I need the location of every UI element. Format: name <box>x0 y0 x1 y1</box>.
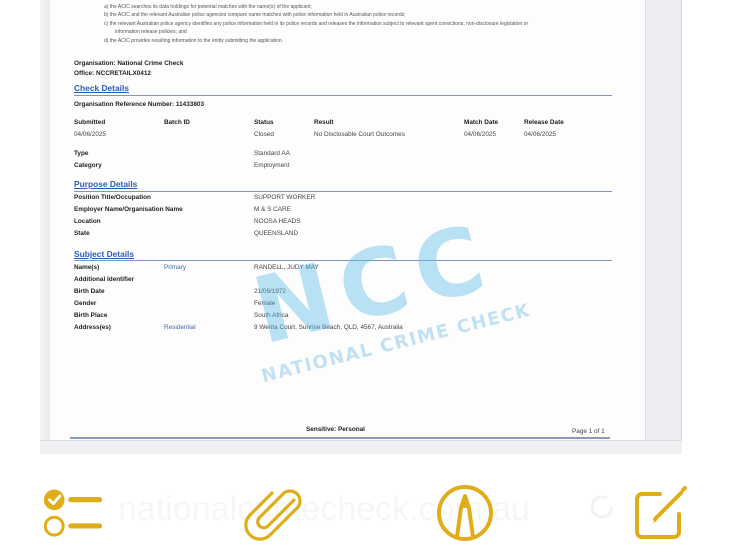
section-rule <box>74 260 612 261</box>
type-label: Type <box>74 151 88 157</box>
attachment-button[interactable] <box>244 482 306 544</box>
purpose-label: Position Title/Occupation <box>74 195 151 201</box>
subject-value: South Africa <box>254 313 288 319</box>
markup-pen-icon <box>434 482 496 544</box>
result-value: No Disclosable Court Outcomes <box>314 132 405 138</box>
purpose-value: SUPPORT WORKER <box>254 195 315 201</box>
section-rule <box>74 95 612 96</box>
checklist-icon <box>42 482 104 544</box>
col-batch-id: Batch ID <box>164 120 190 126</box>
col-match-date: Match Date <box>464 120 498 126</box>
ghost-reload-icon <box>585 490 619 524</box>
col-release-date: Release Date <box>524 120 564 126</box>
org-reference-number: Organisation Reference Number: 11433803 <box>74 102 204 108</box>
compose-icon <box>630 482 692 544</box>
subject-label: Additional Identifier <box>74 277 134 283</box>
document-viewer[interactable]: a) the ACIC searches its data holdings f… <box>0 0 730 470</box>
section-title-subject-details: Subject Details <box>74 250 134 258</box>
subject-value: 21/06/1972 <box>254 289 286 295</box>
page-bottom-strip <box>40 440 682 454</box>
intro-bullets: a) the ACIC searches its data holdings f… <box>88 0 608 48</box>
page-side-rail <box>646 0 682 440</box>
subject-label: Address(es) <box>74 325 111 331</box>
col-result: Result <box>314 120 334 126</box>
purpose-value: M & S CARE <box>254 207 291 213</box>
subject-label: Name(s) <box>74 265 99 271</box>
compose-button[interactable] <box>630 482 692 544</box>
category-value: Employment <box>254 163 290 169</box>
section-title-check-details: Check Details <box>74 84 129 92</box>
subject-qualifier: Primary <box>164 265 186 271</box>
markup-button[interactable] <box>434 482 496 544</box>
office-line: Office: NCCRETAILX0412 <box>74 71 151 77</box>
purpose-value: QUEENSLAND <box>254 231 298 237</box>
col-status: Status <box>254 120 274 126</box>
paperclip-icon <box>244 482 306 544</box>
section-rule <box>74 191 612 192</box>
purpose-label: Location <box>74 219 101 225</box>
footer-page-number: Page 1 of 1 <box>572 428 605 435</box>
subject-label: Birth Date <box>74 289 105 295</box>
subject-label: Gender <box>74 301 96 307</box>
col-submitted: Submitted <box>74 120 105 126</box>
checklist-button[interactable] <box>42 482 104 544</box>
release-date-value: 04/06/2025 <box>524 132 556 138</box>
watermark-text: NATIONAL CRIME CHECK <box>259 300 532 387</box>
subject-label: Birth Place <box>74 313 107 319</box>
type-value: Standard AA <box>254 151 290 157</box>
subject-qualifier: Residential <box>164 325 196 331</box>
footer-classification: Sensitive: Personal <box>306 426 365 433</box>
document-page: a) the ACIC searches its data holdings f… <box>50 0 646 440</box>
purpose-label: State <box>74 231 90 237</box>
submitted-value: 04/06/2025 <box>74 132 106 138</box>
purpose-value: NOOSA HEADS <box>254 219 301 225</box>
subject-value: 9 Werita Court, Sunrise Beach, QLD, 4567… <box>254 325 403 331</box>
organisation-line: Organisation: National Crime Check <box>74 61 183 67</box>
match-date-value: 04/06/2025 <box>464 132 496 138</box>
footer-rule <box>70 437 610 439</box>
subject-value: Female <box>254 301 275 307</box>
section-title-purpose-details: Purpose Details <box>74 180 137 188</box>
viewer-edge <box>40 0 50 452</box>
purpose-label: Employer Name/Organisation Name <box>74 207 183 213</box>
bullet-line: d) the ACIC provides resulting informati… <box>88 39 608 48</box>
subject-value: RANDELL, JUDY MAY <box>254 265 319 271</box>
bottom-toolbar: nationalcrimecheck.com.au <box>0 470 730 560</box>
status-value: Closed <box>254 132 274 138</box>
category-label: Category <box>74 163 102 169</box>
